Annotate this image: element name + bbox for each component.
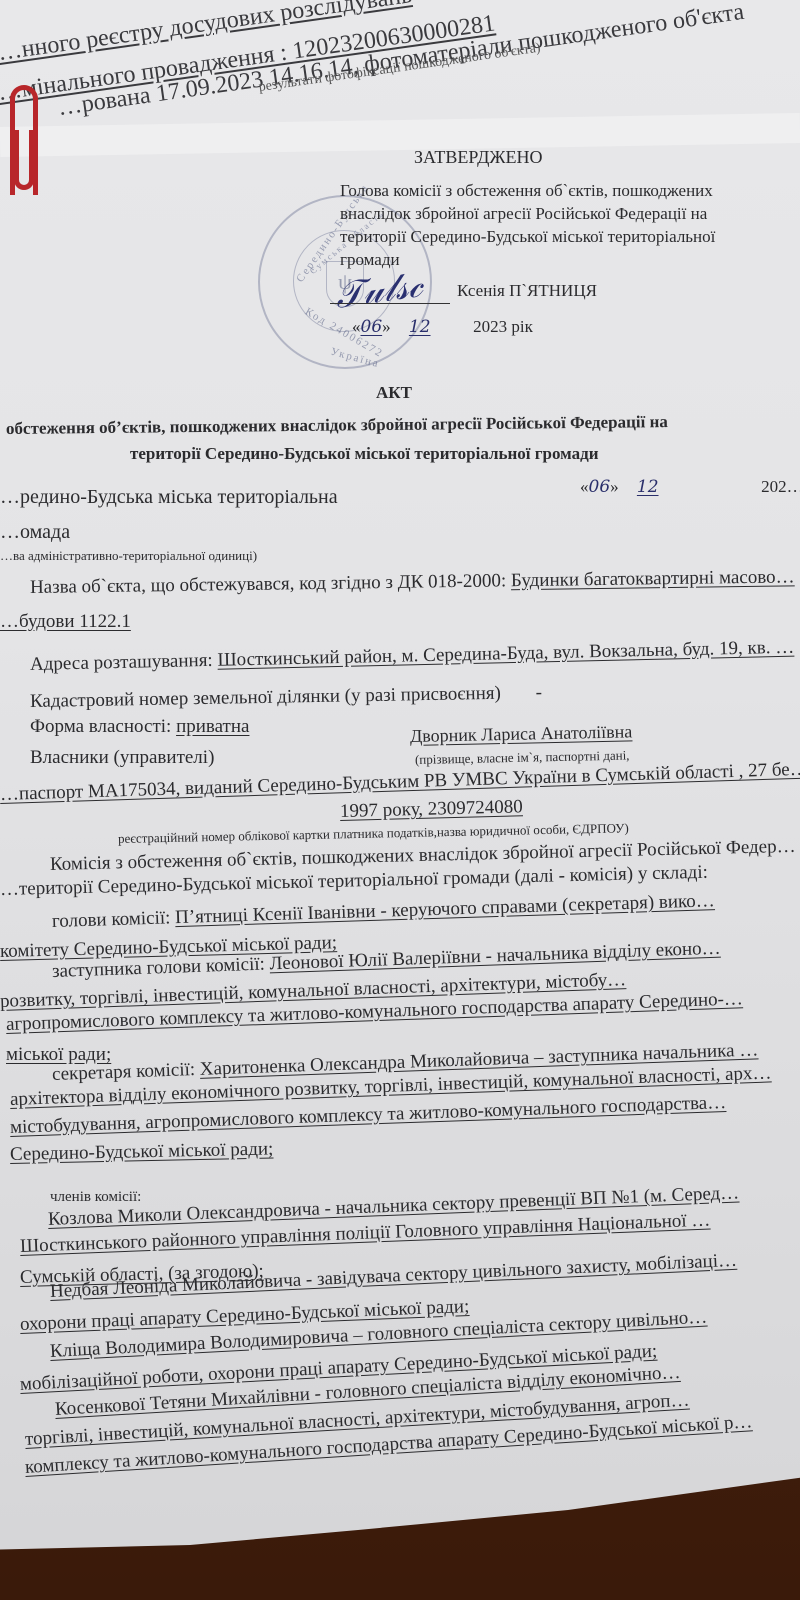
members-label: членів комісії: xyxy=(50,1190,141,1205)
owner-caption: (прізвище, власне ім`я, паспортні дані, xyxy=(415,749,630,766)
act-title: АКТ xyxy=(376,384,412,401)
object-name-row: Назва об`єкта, що обстежувався, код згід… xyxy=(30,567,795,597)
address-row: Адреса розташування: Шосткинський район,… xyxy=(30,638,795,674)
cadastral-label: Кадастровий номер земельної ділянки (у р… xyxy=(30,683,501,712)
chair-value-1: П’ятниці Ксенії Іванівни - керуючого спр… xyxy=(175,890,715,928)
member-2-line-1: Недбая Леоніда Миколайовича - завідувача… xyxy=(50,1251,738,1301)
signature: 𝒯𝓊𝓁𝓈𝒸 xyxy=(333,264,426,318)
act-subtitle-1: обстеження об’єктів, пошкоджених внаслід… xyxy=(6,413,668,437)
cadastral-value: - xyxy=(535,682,542,703)
act-year: 202… xyxy=(761,477,800,496)
approval-heading: ЗАТВЕРДЖЕНО xyxy=(414,148,543,166)
act-month: 12 xyxy=(637,479,757,496)
chair-label: голови комісії: xyxy=(52,907,171,932)
community-caption: …ва адміністративно-територіальної одини… xyxy=(0,549,257,562)
approval-year: 2023 рік xyxy=(473,317,533,336)
community-line-1: …редино-Будська міська територіальна xyxy=(0,487,338,507)
deputy-value-4: міської ради; xyxy=(6,1045,111,1064)
passport-line-2: 1997 року, 2309724080 xyxy=(340,797,523,821)
approval-month: 12 xyxy=(409,319,469,336)
object-name-value-2: …будови 1122.1 xyxy=(0,612,131,631)
ownership-row: Форма власності: приватна xyxy=(30,717,249,736)
secretary-value-4: Середино-Будської міської ради; xyxy=(10,1139,274,1164)
approval-position-2: внаслідок збройної агресії Російської Фе… xyxy=(340,205,707,222)
approval-position-1: Голова комісії з обстеження об`єктів, по… xyxy=(340,182,713,199)
owners-label: Власники (управителі) xyxy=(30,748,214,767)
approval-position-4: громади xyxy=(340,251,400,268)
object-name-value: Будинки багатоквартирні масово… xyxy=(511,566,795,591)
signatory-name: Ксенія П`ЯТНИЦЯ xyxy=(457,282,597,299)
owner-name: Дворник Лариса Анатоліївна xyxy=(410,722,633,745)
act-subtitle-2: території Середино-Будської міської тери… xyxy=(130,445,599,462)
chair-row: голови комісії: П’ятниці Ксенії Іванівни… xyxy=(52,891,715,931)
ownership-value: приватна xyxy=(176,716,249,737)
address-label: Адреса розташування: xyxy=(30,650,213,675)
approval-position-3: території Середино-Будської міської тери… xyxy=(340,228,715,245)
act-day: 06 xyxy=(589,477,611,497)
document-content: ЗАТВЕРДЖЕНО Голова комісії з обстеження … xyxy=(0,0,800,1600)
act-date: «06» 12 202… xyxy=(580,478,800,496)
community-line-2: …омада xyxy=(0,522,70,542)
secretary-label: секретаря комісії: xyxy=(52,1059,196,1085)
ownership-label: Форма власності: xyxy=(30,716,171,737)
approval-day: 06 xyxy=(361,317,383,337)
object-name-label: Назва об`єкта, що обстежувався, код згід… xyxy=(30,570,506,598)
cadastral-row: Кадастровий номер земельної ділянки (у р… xyxy=(30,683,542,711)
address-value: Шосткинський район, м. Середина-Буда, ву… xyxy=(217,637,794,671)
approval-date: «06» 12 2023 рік xyxy=(352,318,533,336)
signature-line xyxy=(330,303,450,304)
